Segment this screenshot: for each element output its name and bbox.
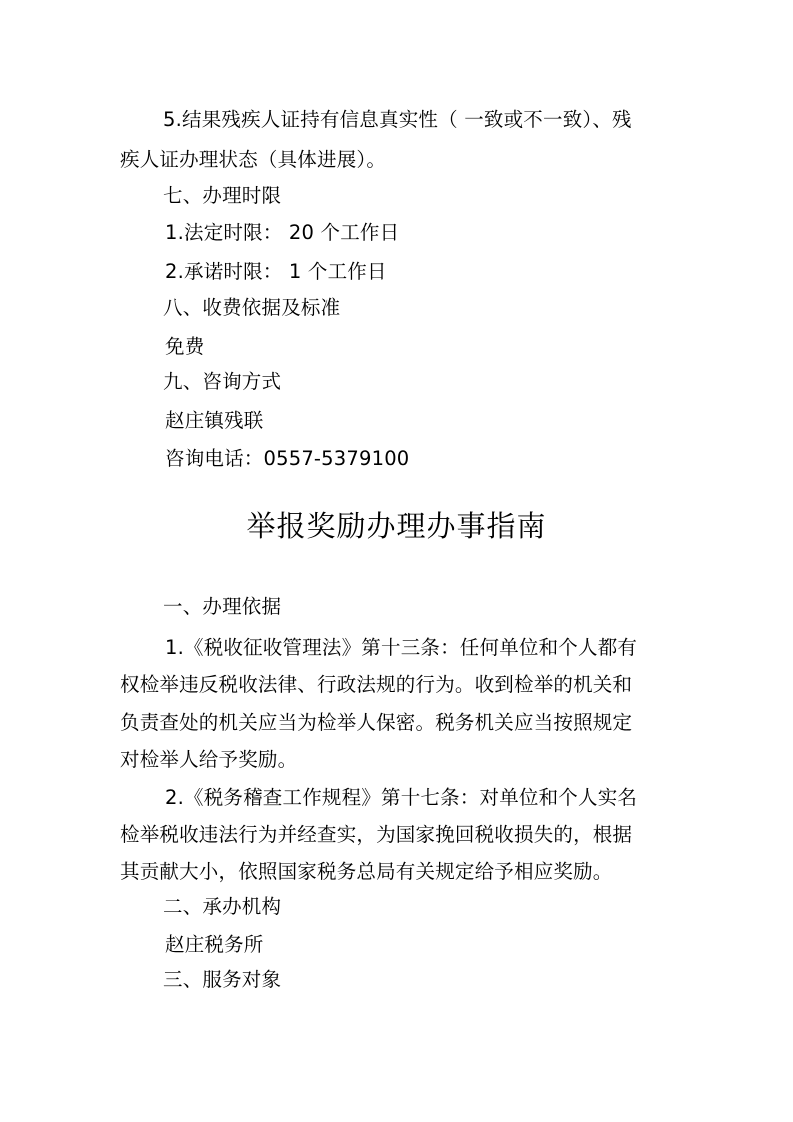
agency-value: 赵庄税务所: [165, 935, 264, 955]
basis1-line4: 对检举人给予奖励。: [120, 750, 297, 770]
heading-basis: 一、办理依据: [163, 597, 281, 617]
basis2-line2: 检举税收违法行为并经查实，为国家挽回税收损失的，根据: [120, 825, 632, 845]
basis1-line1: 1.《税收征收管理法》第十三条：任何单位和个人都有: [165, 638, 637, 658]
basis1-line2: 权检举违反税收法律、行政法规的行为。收到检举的机关和: [120, 675, 632, 695]
heading-target: 三、服务对象: [163, 970, 281, 990]
consult-phone: 咨询电话：0557-5379100: [165, 449, 409, 469]
heading-consult: 九、咨询方式: [163, 372, 281, 392]
heading-time-limit: 七、办理时限: [163, 186, 281, 206]
basis2-line3: 其贡献大小，依照国家税务总局有关规定给予相应奖励。: [120, 862, 613, 882]
basis2-line1: 2.《税务稽查工作规程》第十七条：对单位和个人实名: [165, 788, 637, 808]
consult-org: 赵庄镇残联: [165, 411, 264, 431]
time-legal: 1.法定时限： 20 个工作日: [165, 223, 399, 243]
guide-title: 举报奖励办理办事指南: [0, 512, 793, 541]
time-promise: 2.承诺时限： 1 个工作日: [165, 262, 387, 282]
fee-value: 免费: [165, 337, 204, 357]
basis1-line3: 负责查处的机关应当为检举人保密。税务机关应当按照规定: [120, 713, 632, 733]
item5-line1: 5.结果残疾人证持有信息真实性（ 一致或不一致）、残: [163, 110, 632, 130]
item5-line2: 疾人证办理状态（具体进展）。: [120, 150, 386, 170]
heading-agency: 二、承办机构: [163, 897, 281, 917]
heading-fee: 八、收费依据及标准: [163, 298, 340, 318]
